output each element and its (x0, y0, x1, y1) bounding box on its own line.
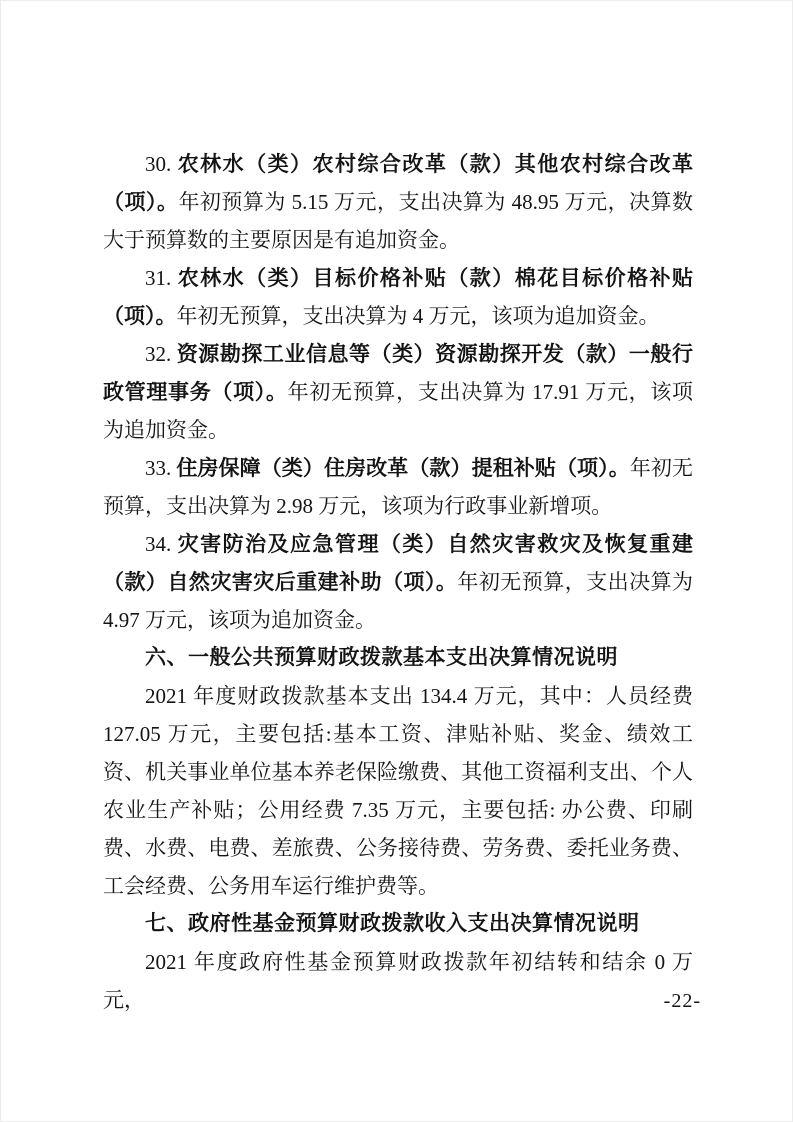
item-number: 32. (145, 342, 171, 366)
budget-item-30: 30.农林水（类）农村综合改革（款）其他农村综合改革（项）。年初预算为 5.15… (103, 145, 693, 259)
item-number: 34. (145, 532, 171, 556)
body-paragraph: 2021 年度政府性基金预算财政拨款年初结转和结余 0 万元， (103, 943, 693, 1019)
item-number: 31. (145, 266, 171, 290)
item-number: 33. (145, 456, 171, 480)
budget-item-33: 33.住房保障（类）住房改革（款）提租补贴（项）。年初无预算，支出决算为 2.9… (103, 449, 693, 525)
section-heading: 六、一般公共预算财政拨款基本支出决算情况说明 (103, 639, 693, 677)
item-title: 住房保障（类）住房改革（款）提租补贴（项）。 (176, 456, 630, 480)
item-text: 年初预算为 5.15 万元，支出决算为 48.95 万元，决算数大于预算数的主要… (103, 190, 693, 252)
item-number: 30. (145, 152, 171, 176)
section-heading: 七、政府性基金预算财政拨款收入支出决算情况说明 (103, 905, 693, 943)
item-text: 年初无预算，支出决算为 4 万元，该项为追加资金。 (177, 304, 660, 328)
budget-item-32: 32.资源勘探工业信息等（类）资源勘探开发（款）一般行政管理事务（项）。年初无预… (103, 335, 693, 449)
page-number: -22- (664, 989, 701, 1013)
body-paragraph: 2021 年度财政拨款基本支出 134.4 万元，其中：人员经费 127.05 … (103, 677, 693, 905)
document-content: 30.农林水（类）农村综合改革（款）其他农村综合改革（项）。年初预算为 5.15… (103, 145, 693, 1019)
budget-item-34: 34.灾害防治及应急管理（类）自然灾害救灾及恢复重建（款）自然灾害灾后重建补助（… (103, 525, 693, 639)
document-page: { "document": { "page_number": "-22-", "… (0, 0, 793, 1122)
budget-item-31: 31.农林水（类）目标价格补贴（款）棉花目标价格补贴（项）。年初无预算，支出决算… (103, 259, 693, 335)
